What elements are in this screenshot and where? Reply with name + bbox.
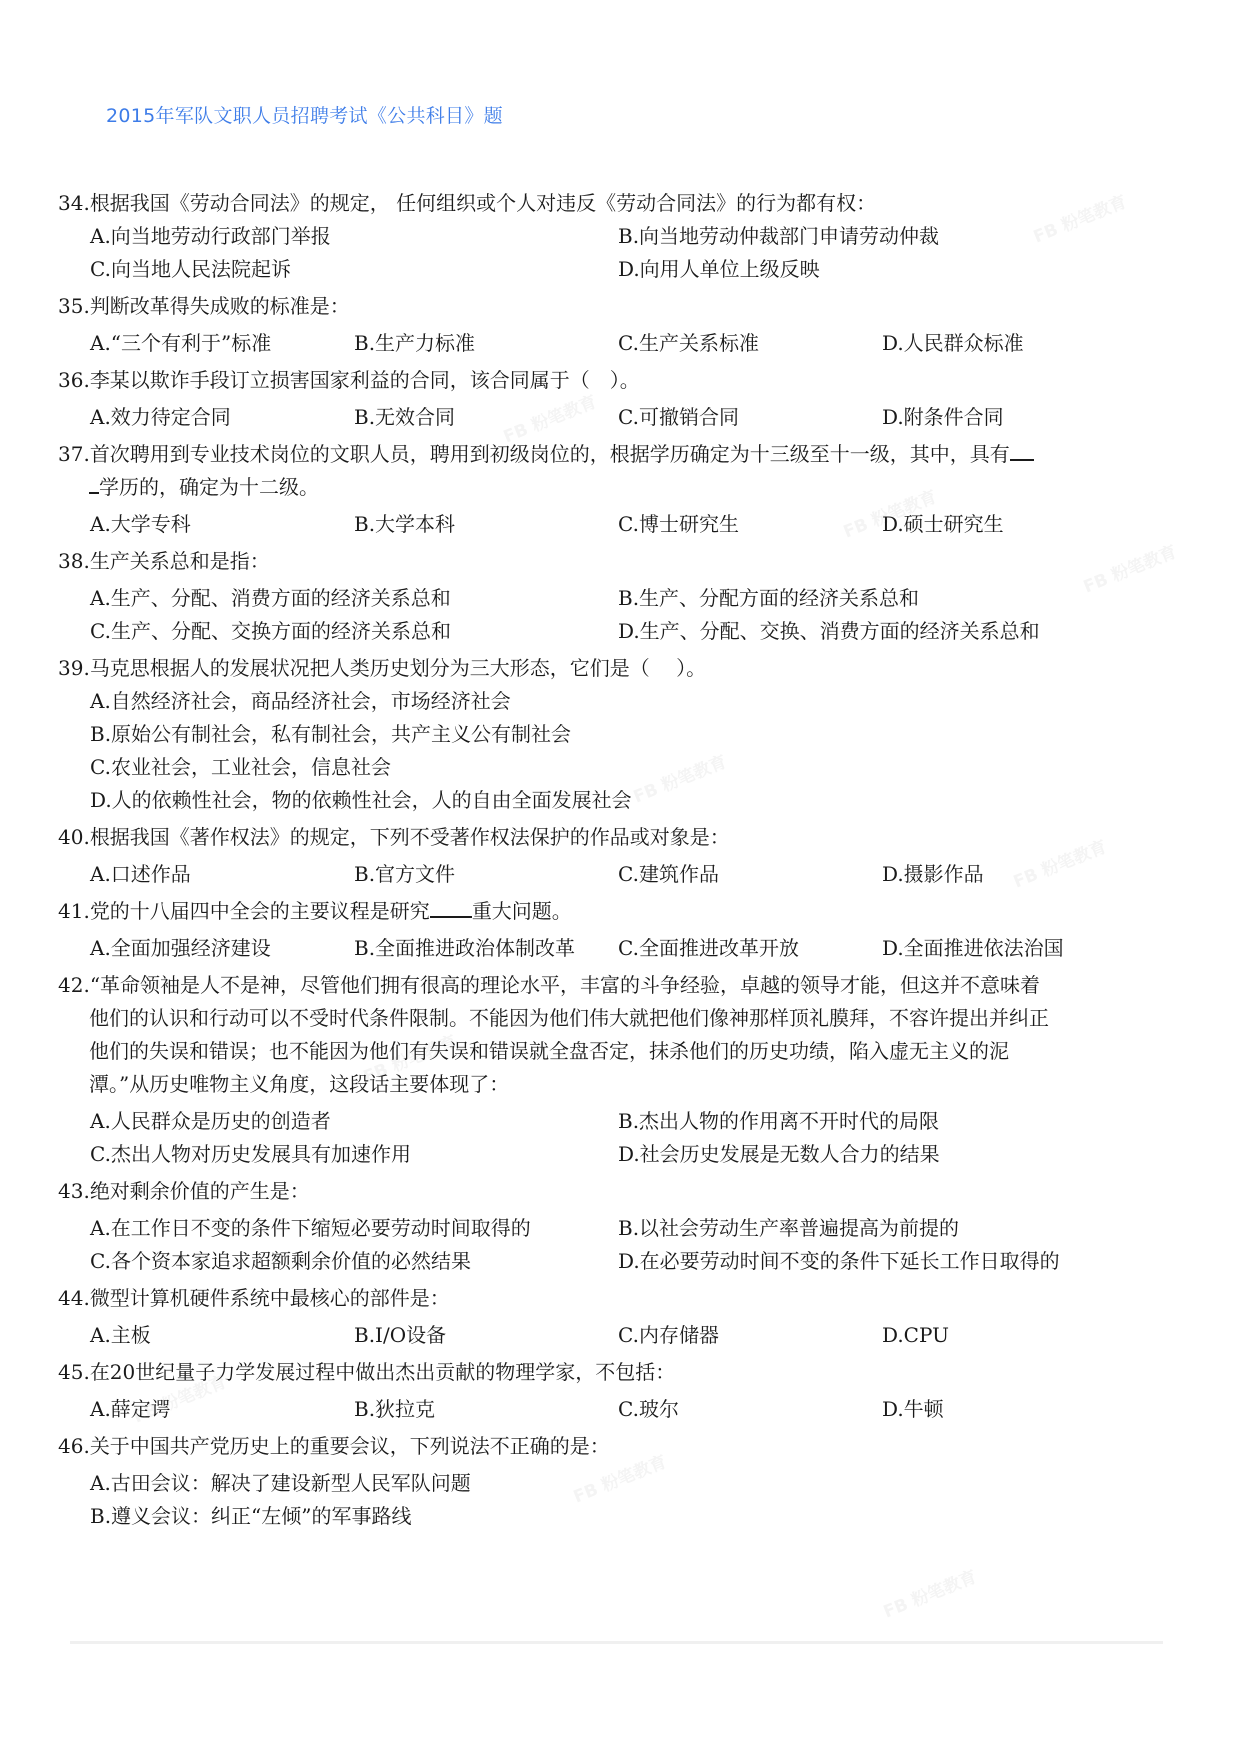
option-c: C.玻尔	[618, 1393, 882, 1426]
question-text: 判断改革得失成败的标准是：	[90, 294, 350, 318]
option-b: B.I/O设备	[354, 1319, 618, 1352]
question-43: 43.绝对剩余价值的产生是： A.在工作日不变的条件下缩短必要劳动时间取得的 B…	[58, 1175, 1148, 1278]
question-stem: 34.根据我国《劳动合同法》的规定， 任何组织或个人对违反《劳动合同法》的行为都…	[58, 187, 1148, 220]
option-list: A.生产、分配、消费方面的经济关系总和 B.生产、分配方面的经济关系总和 C.生…	[58, 582, 1148, 648]
option-list: A.人民群众是历史的创造者 B.杰出人物的作用离不开时代的局限 C.杰出人物对历…	[58, 1105, 1148, 1171]
option-a: A.在工作日不变的条件下缩短必要劳动时间取得的	[90, 1212, 618, 1245]
question-number: 36.	[58, 368, 90, 392]
option-a: A.向当地劳动行政部门举报	[90, 220, 618, 253]
question-number: 39.	[58, 656, 90, 680]
option-b: B.以社会劳动生产率普遍提高为前提的	[618, 1212, 1146, 1245]
option-list: A.在工作日不变的条件下缩短必要劳动时间取得的 B.以社会劳动生产率普遍提高为前…	[58, 1212, 1148, 1278]
question-41: 41.党的十八届四中全会的主要议程是研究重大问题。 A.全面加强经济建设 B.全…	[58, 895, 1148, 965]
option-list: A.效力待定合同 B.无效合同 C.可撤销合同 D.附条件合同	[58, 401, 1148, 434]
option-list: A.大学专科 B.大学本科 C.博士研究生 D.硕士研究生	[58, 508, 1148, 541]
question-text: 绝对剩余价值的产生是：	[90, 1179, 310, 1203]
question-35: 35.判断改革得失成败的标准是： A.“三个有利于”标准 B.生产力标准 C.生…	[58, 290, 1148, 360]
option-a: A.生产、分配、消费方面的经济关系总和	[90, 582, 618, 615]
question-stem: 35.判断改革得失成败的标准是：	[58, 290, 1148, 323]
option-b: B.狄拉克	[354, 1393, 618, 1426]
question-stem-continued: 他们的认识和行动可以不受时代条件限制。不能因为他们伟大就把他们像神那样顶礼膜拜，…	[58, 1002, 1148, 1035]
option-d: D.生产、分配、交换、消费方面的经济关系总和	[618, 615, 1146, 648]
option-c: C.内存储器	[618, 1319, 882, 1352]
option-a: A.全面加强经济建设	[90, 932, 354, 965]
option-list: A.古田会议：解决了建设新型人民军队问题 B.遵义会议：纠正“左倾”的军事路线	[58, 1467, 1148, 1533]
question-stem: 46.关于中国共产党历史上的重要会议，下列说法不正确的是：	[58, 1430, 1148, 1463]
question-text: 关于中国共产党历史上的重要会议，下列说法不正确的是：	[90, 1434, 610, 1458]
option-d: D.人的依赖性社会，物的依赖性社会，人的自由全面发展社会	[90, 784, 1148, 817]
option-b: B.生产、分配方面的经济关系总和	[618, 582, 1146, 615]
option-list: A.自然经济社会，商品经济社会，市场经济社会 B.原始公有制社会，私有制社会，共…	[58, 685, 1148, 817]
option-d: D.人民群众标准	[882, 327, 1146, 360]
question-38: 38.生产关系总和是指： A.生产、分配、消费方面的经济关系总和 B.生产、分配…	[58, 545, 1148, 648]
option-list: A.“三个有利于”标准 B.生产力标准 C.生产关系标准 D.人民群众标准	[58, 327, 1148, 360]
question-text: 根据我国《著作权法》的规定，下列不受著作权法保护的作品或对象是：	[90, 825, 730, 849]
question-list: 34.根据我国《劳动合同法》的规定， 任何组织或个人对违反《劳动合同法》的行为都…	[58, 187, 1148, 1537]
watermark: FB 粉笔教育	[879, 1562, 980, 1622]
option-a: A.人民群众是历史的创造者	[90, 1105, 618, 1138]
question-stem: 42.“革命领袖是人不是神，尽管他们拥有很高的理论水平，丰富的斗争经验，卓越的领…	[58, 969, 1148, 1002]
option-a: A.古田会议：解决了建设新型人民军队问题	[90, 1467, 1148, 1500]
option-c: C.杰出人物对历史发展具有加速作用	[90, 1138, 618, 1171]
option-b: B.大学本科	[354, 508, 618, 541]
option-d: D.CPU	[882, 1319, 1146, 1352]
question-text: 根据我国《劳动合同法》的规定， 任何组织或个人对违反《劳动合同法》的行为都有权：	[90, 191, 876, 215]
question-stem: 36.李某以欺诈手段订立损害国家利益的合同，该合同属于（ ）。	[58, 364, 1148, 397]
option-b: B.遵义会议：纠正“左倾”的军事路线	[90, 1500, 1148, 1533]
question-text: 首次聘用到专业技术岗位的文职人员，聘用到初级岗位的，根据学历确定为十三级至十一级…	[90, 442, 1010, 466]
option-b: B.官方文件	[354, 858, 618, 891]
question-39: 39.马克思根据人的发展状况把人类历史划分为三大形态，它们是（ ）。 A.自然经…	[58, 652, 1148, 817]
question-number: 34.	[58, 191, 90, 215]
question-stem: 41.党的十八届四中全会的主要议程是研究重大问题。	[58, 895, 1148, 928]
answer-blank	[1010, 441, 1034, 461]
question-stem: 38.生产关系总和是指：	[58, 545, 1148, 578]
question-number: 35.	[58, 294, 90, 318]
question-34: 34.根据我国《劳动合同法》的规定， 任何组织或个人对违反《劳动合同法》的行为都…	[58, 187, 1148, 286]
option-list: A.薛定谔 B.狄拉克 C.玻尔 D.牛顿	[58, 1393, 1148, 1426]
option-c: C.建筑作品	[618, 858, 882, 891]
question-text: 生产关系总和是指：	[90, 549, 270, 573]
option-b: B.无效合同	[354, 401, 618, 434]
question-37: 37.首次聘用到专业技术岗位的文职人员，聘用到初级岗位的，根据学历确定为十三级至…	[58, 438, 1148, 541]
option-list: A.主板 B.I/O设备 C.内存储器 D.CPU	[58, 1319, 1148, 1352]
question-number: 46.	[58, 1434, 90, 1458]
question-stem: 39.马克思根据人的发展状况把人类历史划分为三大形态，它们是（ ）。	[58, 652, 1148, 685]
option-b: B.生产力标准	[354, 327, 618, 360]
option-b: B.原始公有制社会，私有制社会，共产主义公有制社会	[90, 718, 1148, 751]
question-stem-continued: 潭。”从历史唯物主义角度，这段话主要体现了：	[58, 1068, 1148, 1101]
option-b: B.向当地劳动仲裁部门申请劳动仲裁	[618, 220, 1146, 253]
question-40: 40.根据我国《著作权法》的规定，下列不受著作权法保护的作品或对象是： A.口述…	[58, 821, 1148, 891]
answer-blank	[89, 474, 99, 494]
option-a: A.“三个有利于”标准	[90, 327, 354, 360]
option-d: D.摄影作品	[882, 858, 1146, 891]
option-a: A.主板	[90, 1319, 354, 1352]
question-text: 马克思根据人的发展状况把人类历史划分为三大形态，它们是（ ）。	[90, 656, 706, 680]
question-number: 41.	[58, 899, 90, 923]
question-number: 45.	[58, 1360, 90, 1384]
question-number: 42.	[58, 973, 90, 997]
question-46: 46.关于中国共产党历史上的重要会议，下列说法不正确的是： A.古田会议：解决了…	[58, 1430, 1148, 1533]
question-stem: 45.在20世纪量子力学发展过程中做出杰出贡献的物理学家，不包括：	[58, 1356, 1148, 1389]
question-36: 36.李某以欺诈手段订立损害国家利益的合同，该合同属于（ ）。 A.效力待定合同…	[58, 364, 1148, 434]
option-d: D.在必要劳动时间不变的条件下延长工作日取得的	[618, 1245, 1146, 1278]
option-d: D.社会历史发展是无数人合力的结果	[618, 1138, 1146, 1171]
option-c: C.各个资本家追求超额剩余价值的必然结果	[90, 1245, 618, 1278]
question-text: 重大问题。	[472, 899, 572, 923]
option-b: B.全面推进政治体制改革	[354, 932, 618, 965]
option-d: D.牛顿	[882, 1393, 1146, 1426]
option-c: C.可撤销合同	[618, 401, 882, 434]
option-d: D.附条件合同	[882, 401, 1146, 434]
question-stem-continued: 学历的，确定为十二级。	[58, 471, 1148, 504]
option-c: C.生产关系标准	[618, 327, 882, 360]
option-d: D.全面推进依法治国	[882, 932, 1146, 965]
question-stem: 40.根据我国《著作权法》的规定，下列不受著作权法保护的作品或对象是：	[58, 821, 1148, 854]
question-stem: 43.绝对剩余价值的产生是：	[58, 1175, 1148, 1208]
option-d: D.硕士研究生	[882, 508, 1146, 541]
option-list: A.口述作品 B.官方文件 C.建筑作品 D.摄影作品	[58, 858, 1148, 891]
question-number: 43.	[58, 1179, 90, 1203]
option-a: A.效力待定合同	[90, 401, 354, 434]
option-a: A.口述作品	[90, 858, 354, 891]
question-text: 微型计算机硬件系统中最核心的部件是：	[90, 1286, 450, 1310]
option-d: D.向用人单位上级反映	[618, 253, 1146, 286]
option-list: A.向当地劳动行政部门举报 B.向当地劳动仲裁部门申请劳动仲裁 C.向当地人民法…	[58, 220, 1148, 286]
question-stem: 44.微型计算机硬件系统中最核心的部件是：	[58, 1282, 1148, 1315]
question-stem-continued: 他们的失误和错误；也不能因为他们有失误和错误就全盘否定，抹杀他们的历史功绩，陷入…	[58, 1035, 1148, 1068]
option-c: C.农业社会，工业社会，信息社会	[90, 751, 1148, 784]
question-text: 李某以欺诈手段订立损害国家利益的合同，该合同属于（ ）。	[90, 368, 640, 392]
question-text: 党的十八届四中全会的主要议程是研究	[90, 899, 430, 923]
question-number: 37.	[58, 442, 90, 466]
question-text: 在20世纪量子力学发展过程中做出杰出贡献的物理学家，不包括：	[90, 1360, 675, 1384]
question-44: 44.微型计算机硬件系统中最核心的部件是： A.主板 B.I/O设备 C.内存储…	[58, 1282, 1148, 1352]
option-c: C.全面推进改革开放	[618, 932, 882, 965]
question-text: “革命领袖是人不是神，尽管他们拥有很高的理论水平，丰富的斗争经验，卓越的领导才能…	[90, 973, 1040, 997]
question-45: 45.在20世纪量子力学发展过程中做出杰出贡献的物理学家，不包括： A.薛定谔 …	[58, 1356, 1148, 1426]
option-b: B.杰出人物的作用离不开时代的局限	[618, 1105, 1146, 1138]
question-42: 42.“革命领袖是人不是神，尽管他们拥有很高的理论水平，丰富的斗争经验，卓越的领…	[58, 969, 1148, 1171]
option-a: A.大学专科	[90, 508, 354, 541]
option-c: C.向当地人民法院起诉	[90, 253, 618, 286]
option-c: C.博士研究生	[618, 508, 882, 541]
question-text: 学历的，确定为十二级。	[99, 475, 319, 499]
footer-divider	[70, 1641, 1163, 1644]
question-number: 40.	[58, 825, 90, 849]
page-header-title: 2015年军队文职人员招聘考试《公共科目》题	[106, 101, 503, 128]
question-stem: 37.首次聘用到专业技术岗位的文职人员，聘用到初级岗位的，根据学历确定为十三级至…	[58, 438, 1148, 471]
option-a: A.自然经济社会，商品经济社会，市场经济社会	[90, 685, 1148, 718]
option-a: A.薛定谔	[90, 1393, 354, 1426]
option-list: A.全面加强经济建设 B.全面推进政治体制改革 C.全面推进改革开放 D.全面推…	[58, 932, 1148, 965]
option-c: C.生产、分配、交换方面的经济关系总和	[90, 615, 618, 648]
question-number: 38.	[58, 549, 90, 573]
question-number: 44.	[58, 1286, 90, 1310]
answer-blank	[430, 898, 472, 918]
